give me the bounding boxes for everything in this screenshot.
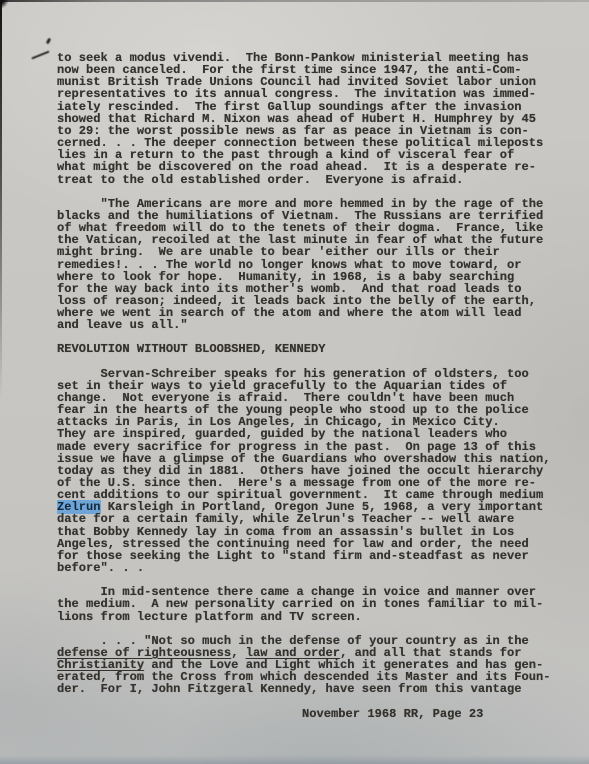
paragraph-3-text-continued: Karsleigh in Portland, Oregon June 5, 19… xyxy=(57,500,543,575)
paragraph-2: "The Americans are more and more hemmed … xyxy=(57,198,577,332)
paragraph-4: In mid-sentence there came a change in v… xyxy=(57,586,577,622)
pen-mark-dot xyxy=(46,38,51,45)
pen-mark-stroke xyxy=(31,51,50,60)
paragraph-1: to seek a modus vivendi. The Bonn-Pankow… xyxy=(57,52,577,186)
scan-edge-left xyxy=(0,0,2,420)
page-footer: November 1968 RR, Page 23 xyxy=(302,708,577,720)
paragraph-3: Servan-Schreiber speaks for his generati… xyxy=(57,368,577,575)
scan-edge-top xyxy=(0,0,589,2)
document-text: to seek a modus vivendi. The Bonn-Pankow… xyxy=(57,52,577,720)
scan-edge-bottom xyxy=(0,755,589,764)
paragraph-3-text: Servan-Schreiber speaks for his generati… xyxy=(57,367,551,503)
scanned-page: { "colors": { "paper": "#c8c6c2", "ink":… xyxy=(0,0,589,764)
scan-corner-shadow xyxy=(0,0,8,8)
paragraph-5: . . . "Not so much in the defense of you… xyxy=(57,635,577,696)
section-heading: REVOLUTION WITHOUT BLOOBSHED, KENNEDY xyxy=(57,343,577,355)
